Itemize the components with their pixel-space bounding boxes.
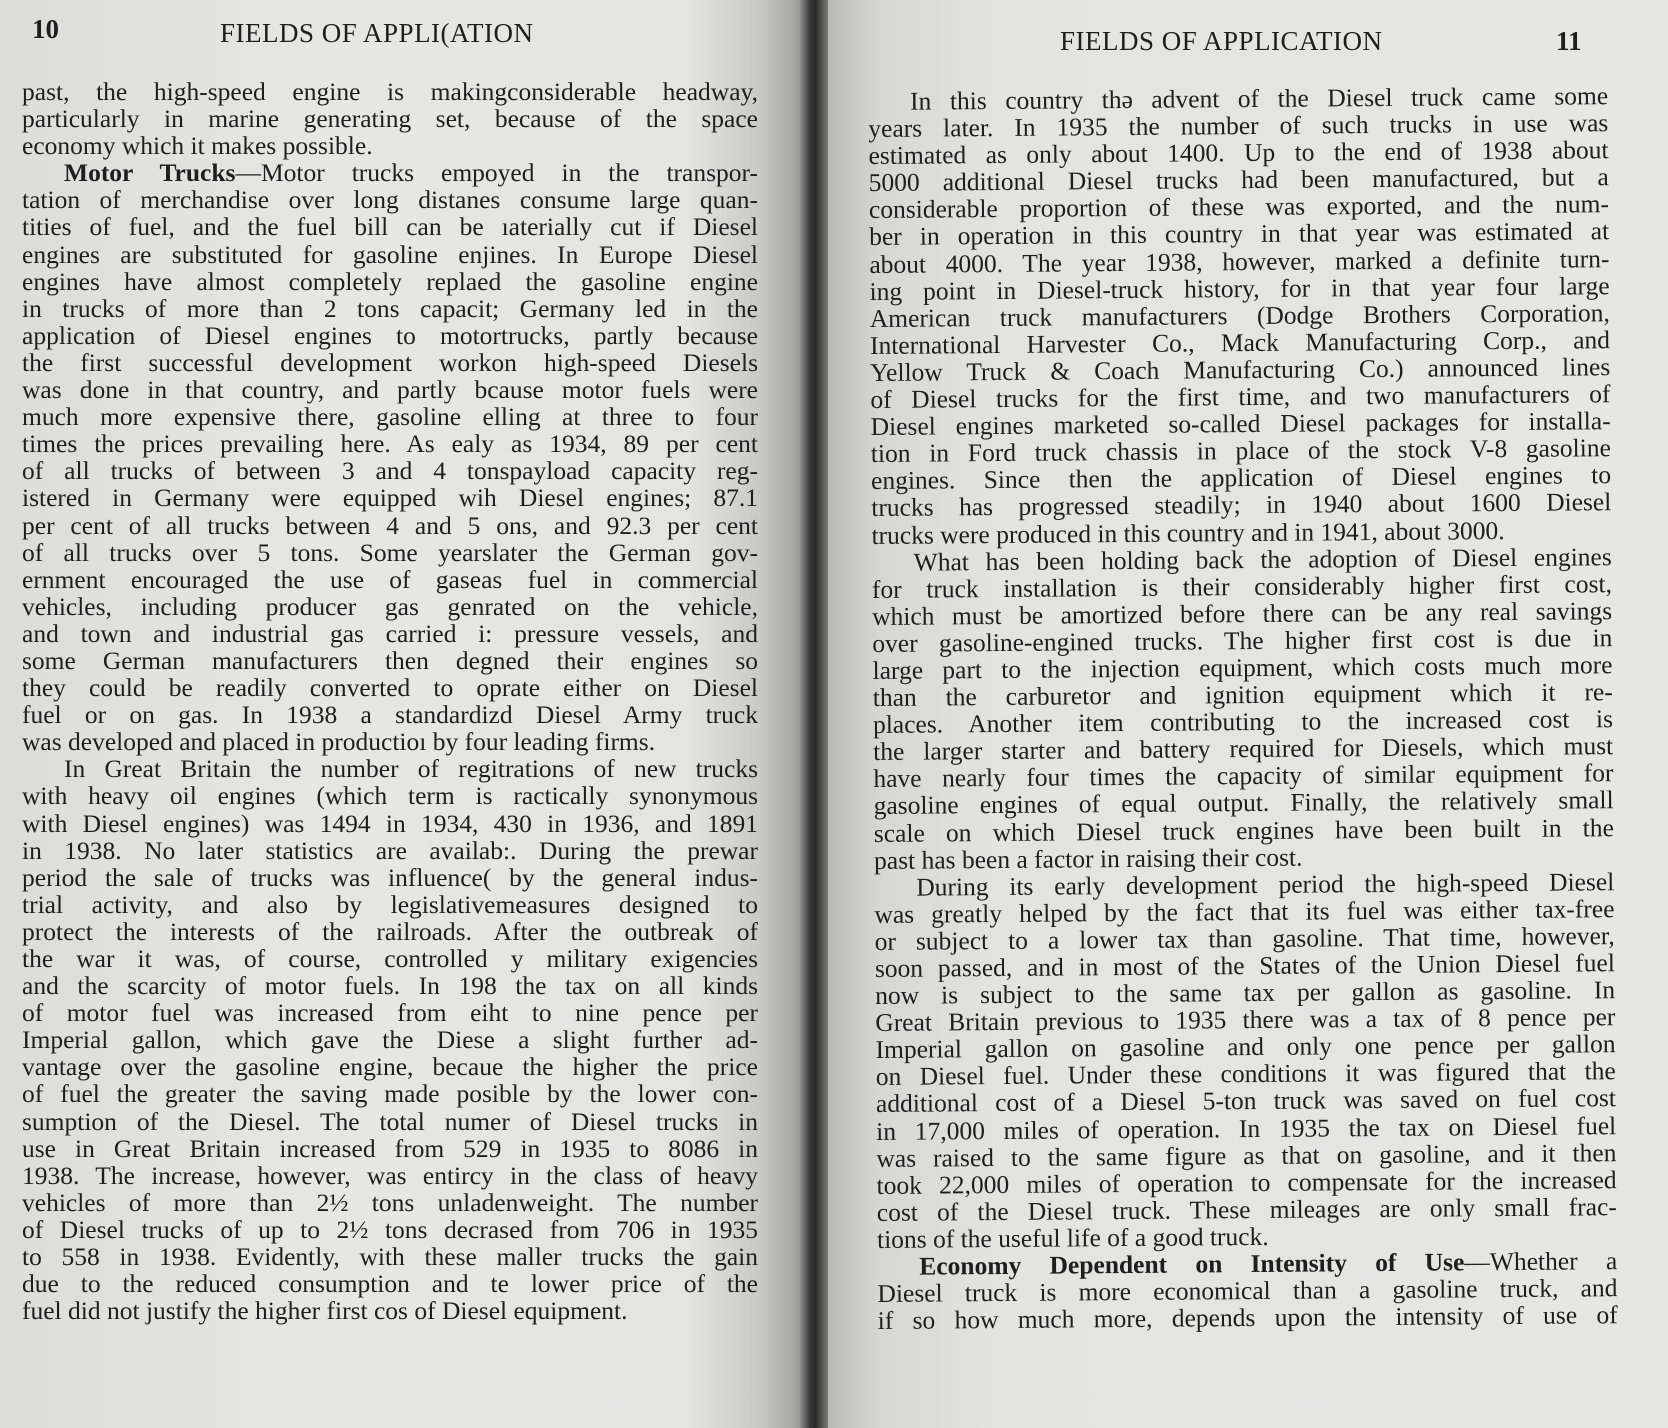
line-text: ernment encouraged the use of gaseas fue… (22, 565, 758, 594)
line-text: —Motor trucks empoyed in the transpor- (235, 158, 758, 187)
text-line: past, the high-speed engine is makingcon… (22, 78, 758, 105)
text-line: scale on which Diesel truck engines have… (874, 814, 1614, 847)
line-text: use in Great Britain increased from 529 … (22, 1134, 758, 1163)
text-line: tities of fuel, and the fuel bill can be… (22, 213, 758, 240)
text-line: they could be readily converted to oprat… (22, 674, 758, 701)
text-line: of fuel the greater the saving made posi… (22, 1080, 758, 1107)
line-text: past, the high-speed engine is makingcon… (22, 77, 758, 106)
line-text: times the prices prevailing here. As eal… (22, 429, 758, 458)
text-line: much more expensive there, gasoline elli… (22, 403, 758, 430)
running-head: FIELDS OF APPLICATION (1060, 26, 1383, 57)
text-line: with heavy oil engines (which term is ra… (22, 782, 758, 809)
line-text: In Great Britain the number of regitrati… (64, 754, 758, 783)
body-text: past, the high-speed engine is makingcon… (22, 78, 758, 1324)
text-line: if so how much more, depends upon the in… (878, 1301, 1618, 1334)
line-text: was done in that country, and partly bca… (22, 375, 758, 404)
text-line: particularly in marine generating set, b… (22, 105, 758, 132)
line-text: vehicles, including producer gas genrate… (22, 592, 758, 621)
text-line: some German manufacturers then degned th… (22, 647, 758, 674)
line-text: of all trucks of between 3 and 4 tonspay… (22, 456, 758, 485)
line-text: if so how much more, depends upon the in… (878, 1300, 1618, 1335)
text-line: of Diesel trucks of up to 2½ tons decras… (22, 1216, 758, 1243)
line-text: istered in Germany were equipped wih Die… (22, 483, 758, 512)
line-text: vantage over the gasoline engine, becaue… (22, 1052, 758, 1081)
page-number: 10 (32, 14, 59, 45)
text-line: and the scarcity of motor fuels. In 198 … (22, 972, 758, 999)
line-text: sumption of the Diesel. The total numer … (22, 1107, 758, 1136)
running-head: FIELDS OF APPLI(ATION (220, 18, 534, 49)
line-text: some German manufacturers then degned th… (22, 646, 758, 675)
line-text: to 558 in 1938. Evidently, with these ma… (22, 1242, 758, 1271)
text-line: fuel or on gas. In 1938 a standardizd Di… (22, 701, 758, 728)
text-line: tation of merchandise over long distanes… (22, 186, 758, 213)
text-line: protect the interests of the railroads. … (22, 918, 758, 945)
text-line: economy which it makes possible. (22, 132, 758, 159)
text-line: vehicles of more than 2½ tons unladenwei… (22, 1189, 758, 1216)
line-text: application of Diesel engines to motortr… (22, 321, 758, 350)
line-text: was developed and placed in productioı b… (22, 727, 655, 756)
line-text: engines have almost completely replaed t… (22, 267, 758, 296)
text-line: trial activity, and also by legislativem… (22, 891, 758, 918)
text-line: fuel did not justify the higher first co… (22, 1297, 758, 1324)
line-text: they could be readily converted to oprat… (22, 673, 758, 702)
line-text: tation of merchandise over long distanes… (22, 185, 758, 214)
line-text: in trucks of more than 2 tons capacit; G… (22, 294, 758, 323)
body-text: In this country thə advent of the Diesel… (868, 82, 1618, 1334)
text-line: use in Great Britain increased from 529 … (22, 1135, 758, 1162)
text-line: sumption of the Diesel. The total numer … (22, 1108, 758, 1135)
line-text: of Diesel trucks of up to 2½ tons decras… (22, 1215, 758, 1244)
line-text: in 1938. No later statistics are availab… (22, 836, 758, 865)
text-line: engines are substituted for gasoline enj… (22, 241, 758, 268)
line-text: much more expensive there, gasoline elli… (22, 402, 758, 431)
text-line: and town and industrial gas carried i: p… (22, 620, 758, 647)
text-line: due to the reduced consumption and te lo… (22, 1270, 758, 1297)
line-text: with Diesel engines) was 1494 in 1934, 4… (22, 809, 758, 838)
line-text: with heavy oil engines (which term is ra… (22, 781, 758, 810)
text-line: with Diesel engines) was 1494 in 1934, 4… (22, 810, 758, 837)
text-line: the first successful development workon … (22, 349, 758, 376)
text-line: of all trucks over 5 tons. Some yearslat… (22, 539, 758, 566)
line-text: engines are substituted for gasoline enj… (22, 240, 758, 269)
book-spread: 10 FIELDS OF APPLI(ATION past, the high-… (0, 0, 1668, 1428)
page-number: 11 (1556, 26, 1582, 57)
text-line: Imperial gallon, which gave the Diese a … (22, 1026, 758, 1053)
line-text: and town and industrial gas carried i: p… (22, 619, 758, 648)
text-line: to 558 in 1938. Evidently, with these ma… (22, 1243, 758, 1270)
line-text: due to the reduced consumption and te lo… (22, 1269, 758, 1298)
text-line: per cent of all trucks between 4 and 5 o… (22, 512, 758, 539)
text-line: times the prices prevailing here. As eal… (22, 430, 758, 457)
text-line: period the sale of trucks was influence(… (22, 864, 758, 891)
book-gutter (800, 0, 828, 1428)
line-text: per cent of all trucks between 4 and 5 o… (22, 511, 758, 540)
text-line: ernment encouraged the use of gaseas fue… (22, 566, 758, 593)
line-text: protect the interests of the railroads. … (22, 917, 758, 946)
text-line: of all trucks of between 3 and 4 tonspay… (22, 457, 758, 484)
line-text: of motor fuel was increased from eiht to… (22, 998, 758, 1027)
line-text: particularly in marine generating set, b… (22, 104, 758, 133)
text-line: istered in Germany were equipped wih Die… (22, 484, 758, 511)
text-line: engines have almost completely replaed t… (22, 268, 758, 295)
line-text: fuel or on gas. In 1938 a standardizd Di… (22, 700, 758, 729)
text-line: was done in that country, and partly bca… (22, 376, 758, 403)
text-line: application of Diesel engines to motortr… (22, 322, 758, 349)
section-heading: Motor Trucks (64, 158, 235, 187)
text-line: was developed and placed in productioı b… (22, 728, 758, 755)
line-text: —Whether a (1464, 1246, 1617, 1276)
line-text: the first successful development workon … (22, 348, 758, 377)
line-text: the war it was, of course, controlled y … (22, 944, 758, 973)
text-line: of motor fuel was increased from eiht to… (22, 999, 758, 1026)
text-line: Motor Trucks—Motor trucks empoyed in the… (22, 159, 758, 186)
line-text: economy which it makes possible. (22, 131, 373, 160)
text-line: the war it was, of course, controlled y … (22, 945, 758, 972)
line-text: fuel did not justify the higher first co… (22, 1296, 628, 1325)
line-text: of fuel the greater the saving made posi… (22, 1079, 758, 1108)
line-text: 1938. The increase, however, was entircy… (22, 1161, 758, 1190)
line-text: and the scarcity of motor fuels. In 198 … (22, 971, 758, 1000)
left-page: 10 FIELDS OF APPLI(ATION past, the high-… (0, 0, 808, 1428)
line-text: period the sale of trucks was influence(… (22, 863, 758, 892)
text-line: in trucks of more than 2 tons capacit; G… (22, 295, 758, 322)
text-line: vehicles, including producer gas genrate… (22, 593, 758, 620)
right-page: FIELDS OF APPLICATION 11 In this country… (828, 0, 1668, 1428)
line-text: of all trucks over 5 tons. Some yearslat… (22, 538, 758, 567)
text-line: 1938. The increase, however, was entircy… (22, 1162, 758, 1189)
line-text: Imperial gallon, which gave the Diese a … (22, 1025, 758, 1054)
text-line: In Great Britain the number of regitrati… (22, 755, 758, 782)
line-text: tities of fuel, and the fuel bill can be… (22, 212, 758, 241)
text-line: in 1938. No later statistics are availab… (22, 837, 758, 864)
line-text: vehicles of more than 2½ tons unladenwei… (22, 1188, 758, 1217)
text-line: vantage over the gasoline engine, becaue… (22, 1053, 758, 1080)
text-line: cost of the Diesel truck. These mileages… (877, 1193, 1617, 1226)
line-text: trial activity, and also by legislativem… (22, 890, 758, 919)
